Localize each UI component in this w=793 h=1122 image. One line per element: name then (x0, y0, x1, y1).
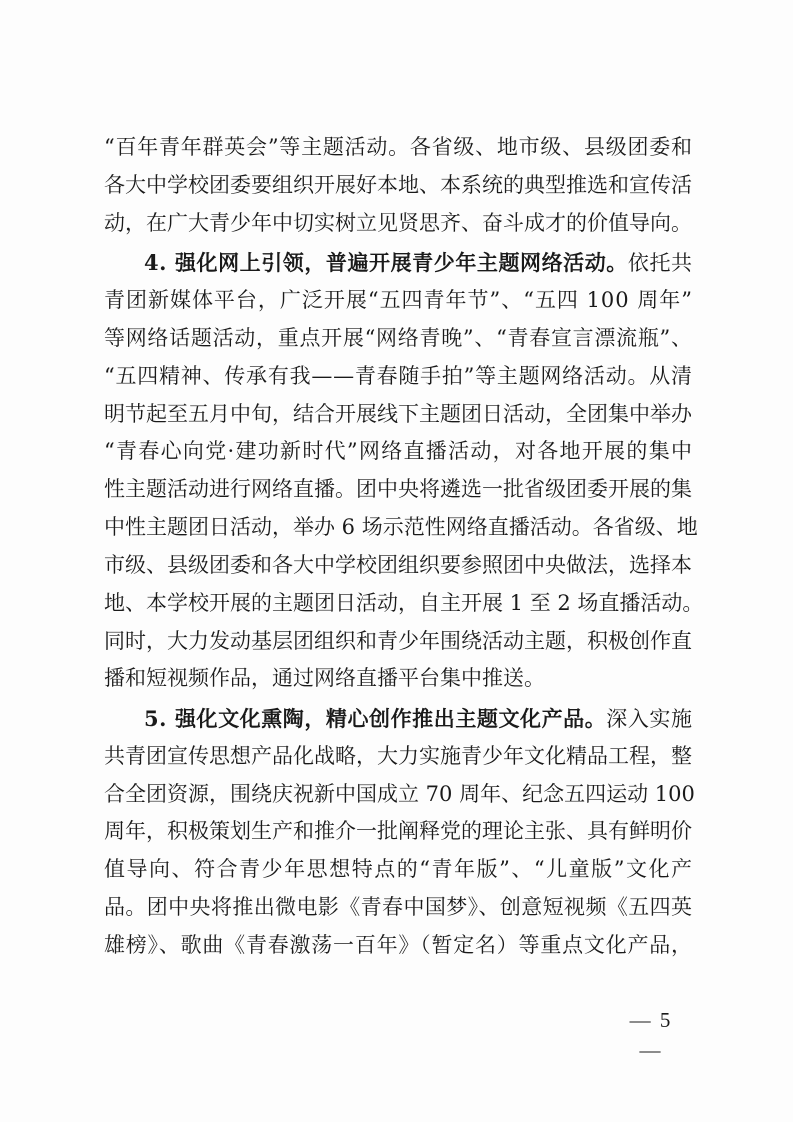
text-fragment: 依托共 (628, 251, 693, 275)
text-line: “百年青年群英会”等主题活动。各省级、地市级、县级团委和 (104, 129, 692, 167)
text-fragment: 深入实施 (606, 707, 692, 731)
paragraph-item-4: 4. 强化网上引领，普遍开展青少年主题网络活动。依托共 青团新媒体平台，广泛开展… (104, 244, 692, 698)
text-line: 市级、县级团委和各大中学校团组织要参照团中央做法，选择本 (104, 547, 692, 585)
text-line: 明节起至五月中旬，结合开展线下主题团日活动，全团集中举办 (104, 396, 692, 434)
text-line-heading: 4. 强化网上引领，普遍开展青少年主题网络活动。依托共 (104, 244, 692, 282)
section-heading-5: 5. 强化文化熏陶，精心创作推出主题文化产品。 (144, 706, 606, 731)
text-line: 值导向、符合青少年思想特点的“青年版”、“儿童版”文化产 (104, 851, 692, 889)
text-line: 品。团中央将推出微电影《青春中国梦》、创意短视频《五四英 (104, 889, 692, 927)
text-line: 合全团资源，围绕庆祝新中国成立 70 周年、纪念五四运动 100 (104, 776, 692, 814)
text-line: 地、本学校开展的主题团日活动，自主开展 1 至 2 场直播活动。 (104, 585, 692, 623)
text-line: 雄榜》、歌曲《青春激荡一百年》（暂定名）等重点文化产品， (104, 927, 692, 965)
text-line: 周年，积极策划生产和推介一批阐释党的理论主张、具有鲜明价 (104, 813, 692, 851)
text-line: “五四精神、传承有我——青春随手拍”等主题网络活动。从清 (104, 358, 692, 396)
document-page: “百年青年群英会”等主题活动。各省级、地市级、县级团委和 各大中学校团委要组织开… (0, 0, 793, 1122)
section-heading-4: 4. 强化网上引领，普遍开展青少年主题网络活动。 (144, 250, 628, 275)
text-line: “青春心向党·建功新时代”网络直播活动，对各地开展的集中 (104, 433, 692, 471)
paragraph-continuation: “百年青年群英会”等主题活动。各省级、地市级、县级团委和 各大中学校团委要组织开… (104, 129, 692, 243)
text-line-heading: 5. 强化文化熏陶，精心创作推出主题文化产品。深入实施 (104, 700, 692, 738)
text-line: 同时，大力发动基层团组织和青少年围绕活动主题，积极创作直 (104, 623, 692, 661)
text-line: 播和短视频作品，通过网络直播平台集中推送。 (104, 660, 692, 698)
text-line: 各大中学校团委要组织开展好本地、本系统的典型推选和宣传活 (104, 167, 692, 205)
text-line: 共青团宣传思想产品化战略，大力实施青少年文化精品工程，整 (104, 738, 692, 776)
text-line: 动，在广大青少年中切实树立见贤思齐、奋斗成才的价值导向。 (104, 205, 692, 243)
text-line: 青团新媒体平台，广泛开展“五四青年节”、“五四 100 周年” (104, 282, 692, 320)
text-line: 性主题活动进行网络直播。团中央将遴选一批省级团委开展的集 (104, 471, 692, 509)
text-line: 等网络话题活动，重点开展“网络青晚”、“青春宣言漂流瓶”、 (104, 320, 692, 358)
paragraph-item-5: 5. 强化文化熏陶，精心创作推出主题文化产品。深入实施 共青团宣传思想产品化战略… (104, 700, 692, 965)
body-text: “百年青年群英会”等主题活动。各省级、地市级、县级团委和 各大中学校团委要组织开… (104, 129, 692, 965)
text-line: 中性主题团日活动，举办 6 场示范性网络直播活动。各省级、地 (104, 509, 692, 547)
page-number: — 5 — (616, 1005, 686, 1065)
